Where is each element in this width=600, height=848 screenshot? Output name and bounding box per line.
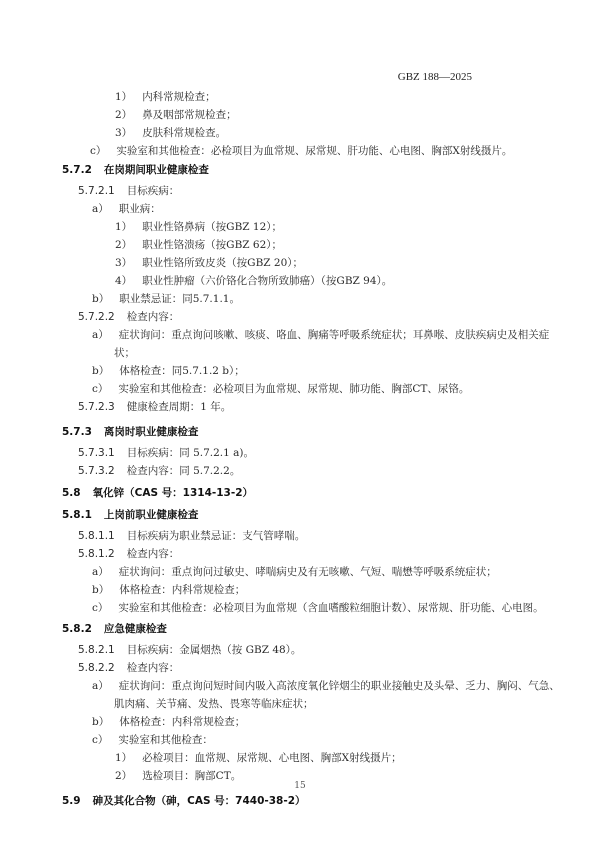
item-marker: b） [92, 715, 109, 729]
line-text: 目标疾病：同 5.7.2.1 a)。 [127, 447, 254, 459]
clause-line: 5.7.3.1目标疾病：同 5.7.2.1 a)。 [78, 446, 254, 460]
clause-line: 5.7.2.2检查内容： [78, 310, 179, 324]
section-heading: 5.8.1上岗前职业健康检查 [62, 508, 198, 522]
item-marker: 3） [115, 126, 132, 140]
line-text: 职业性铬溃疡（按GBZ 62）； [142, 239, 282, 251]
item-marker: 1） [115, 751, 132, 765]
line-text: 体格检查：内科常规检查； [119, 716, 245, 728]
list-item: a）职业病： [92, 202, 161, 216]
item-marker: 5.7.3.1 [78, 446, 115, 460]
line-text: 皮肤科常规检查。 [142, 127, 226, 139]
line-text: 体格检查：内科常规检查； [119, 584, 245, 596]
item-marker: b） [92, 364, 109, 378]
line-text: 砷及其化合物（砷，CAS 号：7440-38-2） [93, 795, 306, 807]
item-marker: 5.7.3.2 [78, 464, 115, 478]
line-text: 目标疾病：金属烟热（按 GBZ 48）。 [127, 644, 302, 656]
page-number: 15 [0, 781, 600, 791]
list-item: 2）职业性铬溃疡（按GBZ 62）； [115, 238, 282, 252]
item-marker: 3） [115, 256, 132, 270]
item-marker: 5.8.2 [62, 622, 92, 636]
section-heading: 5.8.2应急健康检查 [62, 622, 167, 636]
section-heading: 5.7.2在岗期间职业健康检查 [62, 163, 209, 177]
clause-line: 5.7.2.1目标疾病： [78, 184, 179, 198]
item-marker: 5.8.1 [62, 508, 92, 522]
line-text: 症状询问：重点询问短时间内吸入高浓度氧化锌烟尘的职业接触史及头晕、乏力、胸闷、气… [119, 680, 560, 692]
list-item: 4）职业性肿瘤（六价铬化合物所致肺癌）（按GBZ 94）。 [115, 274, 392, 288]
list-item: b）体格检查：内科常规检查； [92, 715, 245, 729]
item-marker: 5.7.3 [62, 425, 92, 439]
item-marker: 4） [115, 274, 132, 288]
section-heading: 5.8氧化锌（CAS 号：1314-13-2） [62, 486, 253, 500]
item-marker: 5.8.2.2 [78, 661, 115, 675]
line-text: 职业性铬所致皮炎（按GBZ 20）； [142, 257, 303, 269]
list-item: c）实验室和其他检查：必检项目为血常规、尿常规、肺功能、胸部CT、尿铬。 [92, 382, 469, 396]
item-marker: 5.8.1.1 [78, 529, 115, 543]
list-item: 3）皮肤科常规检查。 [115, 126, 226, 140]
item-marker: 2） [115, 238, 132, 252]
clause-line: 5.7.2.3健康检查周期：1 年。 [78, 400, 231, 414]
clause-line: 5.8.1.2检查内容： [78, 547, 179, 561]
list-item: 1）必检项目：血常规、尿常规、心电图、胸部X射线摄片； [115, 751, 402, 765]
list-item: c）实验室和其他检查：必检项目为血常规（含血嗜酸粒细胞计数）、尿常规、肝功能、心… [92, 601, 544, 615]
item-marker: 5.7.2 [62, 163, 92, 177]
item-marker: c） [92, 601, 108, 615]
list-item: 2）鼻及咽部常规检查； [115, 108, 237, 122]
list-item: a）症状询问：重点询问过敏史、哮喘病史及有无咳嗽、气短、喘懋等呼吸系统症状； [92, 565, 497, 579]
item-marker: c） [92, 382, 108, 396]
item-marker: 2） [115, 108, 132, 122]
line-text: 在岗期间职业健康检查 [104, 164, 209, 176]
line-text: 离岗时职业健康检查 [104, 426, 199, 438]
list-item: 1）内科常规检查； [115, 90, 216, 104]
list-item: a）症状询问：重点询问短时间内吸入高浓度氧化锌烟尘的职业接触史及头晕、乏力、胸闷… [92, 679, 560, 693]
line-text: 症状询问：重点询问咳嗽、咳痰、咯血、胸痛等呼吸系统症状；耳鼻喉、皮肤疾病史及相关… [119, 329, 550, 341]
item-marker: c） [90, 144, 106, 158]
line-text: 状； [114, 347, 135, 359]
line-text: 实验室和其他检查：必检项目为血常规、尿常规、肺功能、胸部CT、尿铬。 [118, 383, 469, 395]
item-marker: b） [92, 292, 109, 306]
line-text: 健康检查周期：1 年。 [127, 401, 232, 413]
line-text: 应急健康检查 [104, 623, 167, 635]
line-text: 上岗前职业健康检查 [104, 509, 199, 521]
list-item: b）体格检查：内科常规检查； [92, 583, 245, 597]
line-text: 检查内容： [127, 311, 180, 323]
item-marker: 5.8.2.1 [78, 643, 115, 657]
line-text: 检查内容：同 5.7.2.2。 [127, 465, 241, 477]
clause-line: 5.8.2.2检查内容： [78, 661, 179, 675]
list-item: b）职业禁忌证：同5.7.1.1。 [92, 292, 240, 306]
list-item: a）症状询问：重点询问咳嗽、咳痰、咯血、胸痛等呼吸系统症状；耳鼻喉、皮肤疾病史及… [92, 328, 549, 342]
clause-line: 5.8.1.1目标疾病为职业禁忌证：支气管哮喘。 [78, 529, 305, 543]
item-marker: 5.8.1.2 [78, 547, 115, 561]
list-item: b）体格检查：同5.7.1.2 b）； [92, 364, 245, 378]
item-marker: a） [92, 679, 109, 693]
list-item: c）实验室和其他检查： [92, 733, 213, 747]
list-item: c）实验室和其他检查：必检项目为血常规、尿常规、肝功能、心电图、胸部X射线摄片。 [90, 144, 512, 158]
item-marker: a） [92, 565, 109, 579]
item-marker: 5.7.2.1 [78, 184, 115, 198]
line-text: 职业禁忌证：同5.7.1.1。 [119, 293, 240, 305]
item-marker: 5.7.2.3 [78, 400, 115, 414]
item-marker: 1） [115, 220, 132, 234]
continuation-line: 状； [114, 346, 135, 360]
line-text: 内科常规检查； [142, 91, 216, 103]
list-item: 3）职业性铬所致皮炎（按GBZ 20）； [115, 256, 303, 270]
line-text: 检查内容： [127, 548, 180, 560]
item-marker: 5.7.2.2 [78, 310, 115, 324]
item-marker: 5.8 [62, 486, 81, 500]
clause-line: 5.8.2.1目标疾病：金属烟热（按 GBZ 48）。 [78, 643, 301, 657]
list-item: 1）职业性铬鼻病（按GBZ 12）； [115, 220, 282, 234]
item-marker: b） [92, 583, 109, 597]
line-text: 肌肉痛、关节痛、发热、畏寒等临床症状； [114, 698, 314, 710]
line-text: 氧化锌（CAS 号：1314-13-2） [93, 487, 253, 499]
line-text: 实验室和其他检查： [118, 734, 213, 746]
line-text: 职业性肿瘤（六价铬化合物所致肺癌）（按GBZ 94）。 [142, 275, 392, 287]
item-marker: c） [92, 733, 108, 747]
section-heading: 5.7.3离岗时职业健康检查 [62, 425, 198, 439]
line-text: 体格检查：同5.7.1.2 b）； [119, 365, 245, 377]
line-text: 实验室和其他检查：必检项目为血常规（含血嗜酸粒细胞计数）、尿常规、肝功能、心电图… [118, 602, 543, 614]
line-text: 目标疾病： [127, 185, 180, 197]
line-text: 必检项目：血常规、尿常规、心电图、胸部X射线摄片； [142, 752, 401, 764]
continuation-line: 肌肉痛、关节痛、发热、畏寒等临床症状； [114, 697, 314, 711]
line-text: 职业病： [119, 203, 161, 215]
item-marker: a） [92, 328, 109, 342]
item-marker: 1） [115, 90, 132, 104]
line-text: 鼻及咽部常规检查； [142, 109, 237, 121]
clause-line: 5.7.3.2检查内容：同 5.7.2.2。 [78, 464, 240, 478]
item-marker: 5.9 [62, 794, 81, 808]
section-heading: 5.9砷及其化合物（砷，CAS 号：7440-38-2） [62, 794, 306, 808]
line-text: 职业性铬鼻病（按GBZ 12）； [142, 221, 282, 233]
item-marker: a） [92, 202, 109, 216]
standard-id-header: GBZ 188—2025 [398, 71, 472, 83]
line-text: 检查内容： [127, 662, 180, 674]
line-text: 实验室和其他检查：必检项目为血常规、尿常规、肝功能、心电图、胸部X射线摄片。 [116, 145, 512, 157]
line-text: 症状询问：重点询问过敏史、哮喘病史及有无咳嗽、气短、喘懋等呼吸系统症状； [119, 566, 497, 578]
line-text: 目标疾病为职业禁忌证：支气管哮喘。 [127, 530, 306, 542]
